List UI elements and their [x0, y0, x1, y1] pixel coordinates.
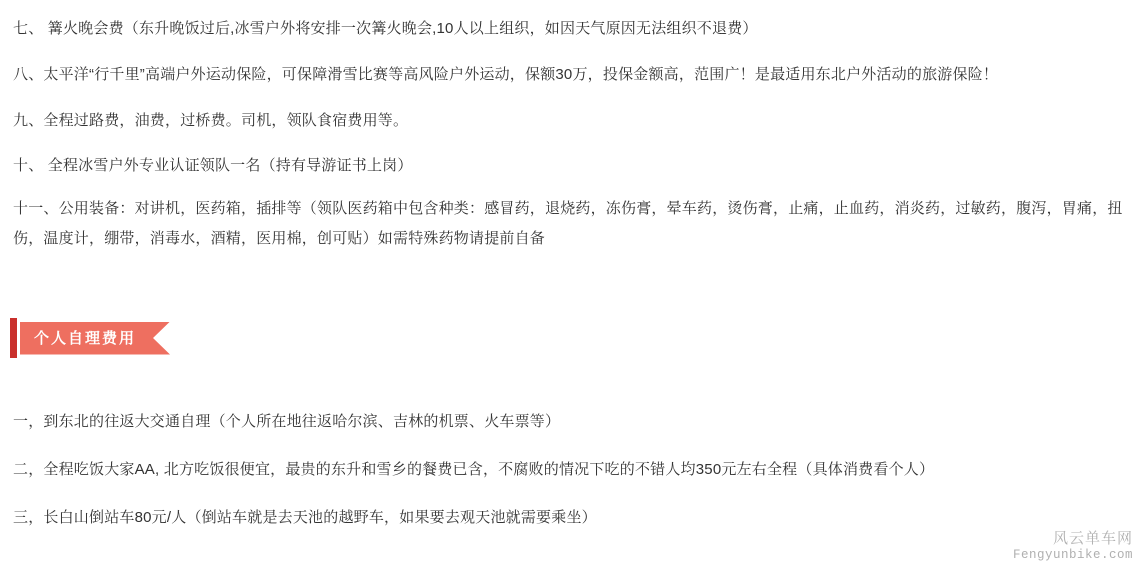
watermark-site-name: 风云单车网: [1013, 530, 1133, 547]
included-fee-item-11: 十一、公用装备：对讲机，医药箱，插排等（领队医药箱中包含种类：感冒药，退烧药，冻…: [13, 194, 1129, 254]
included-fee-item-9: 九、全程过路费，油费，过桥费。司机，领队食宿费用等。: [13, 106, 1129, 136]
included-fee-item-8: 八、太平洋“行千里”高端户外运动保险，可保障滑雪比赛等高风险户外运动，保额30万…: [13, 60, 1129, 90]
included-fee-item-7: 七、 篝火晚会费（东升晚饭过后,冰雪户外将安排一次篝火晚会,10人以上组织，如因…: [13, 14, 1129, 44]
watermark-site-url: Fengyunbike.com: [1013, 548, 1133, 562]
included-fee-item-10: 十、 全程冰雪户外专业认证领队一名（持有导游证书上岗）: [13, 151, 1129, 181]
section-header-title: 个人自理费用: [20, 322, 170, 355]
article-page: 七、 篝火晚会费（东升晚饭过后,冰雪户外将安排一次篝火晚会,10人以上组织，如因…: [0, 0, 1141, 570]
site-watermark: 风云单车网 Fengyunbike.com: [1013, 530, 1133, 562]
self-pay-item-2: 二，全程吃饭大家AA, 北方吃饭很便宜，最贵的东升和雪乡的餐费已含，不腐败的情况…: [13, 455, 1129, 485]
section-header-ribbon: 个人自理费用: [10, 318, 170, 358]
self-pay-item-1: 一，到东北的往返大交通自理（个人所在地往返哈尔滨、吉林的机票、火车票等）: [13, 407, 1129, 437]
ribbon-accent-bar: [10, 318, 17, 358]
self-pay-item-3: 三，长白山倒站车80元/人（倒站车就是去天池的越野车，如果要去观天池就需要乘坐）: [13, 503, 1129, 533]
